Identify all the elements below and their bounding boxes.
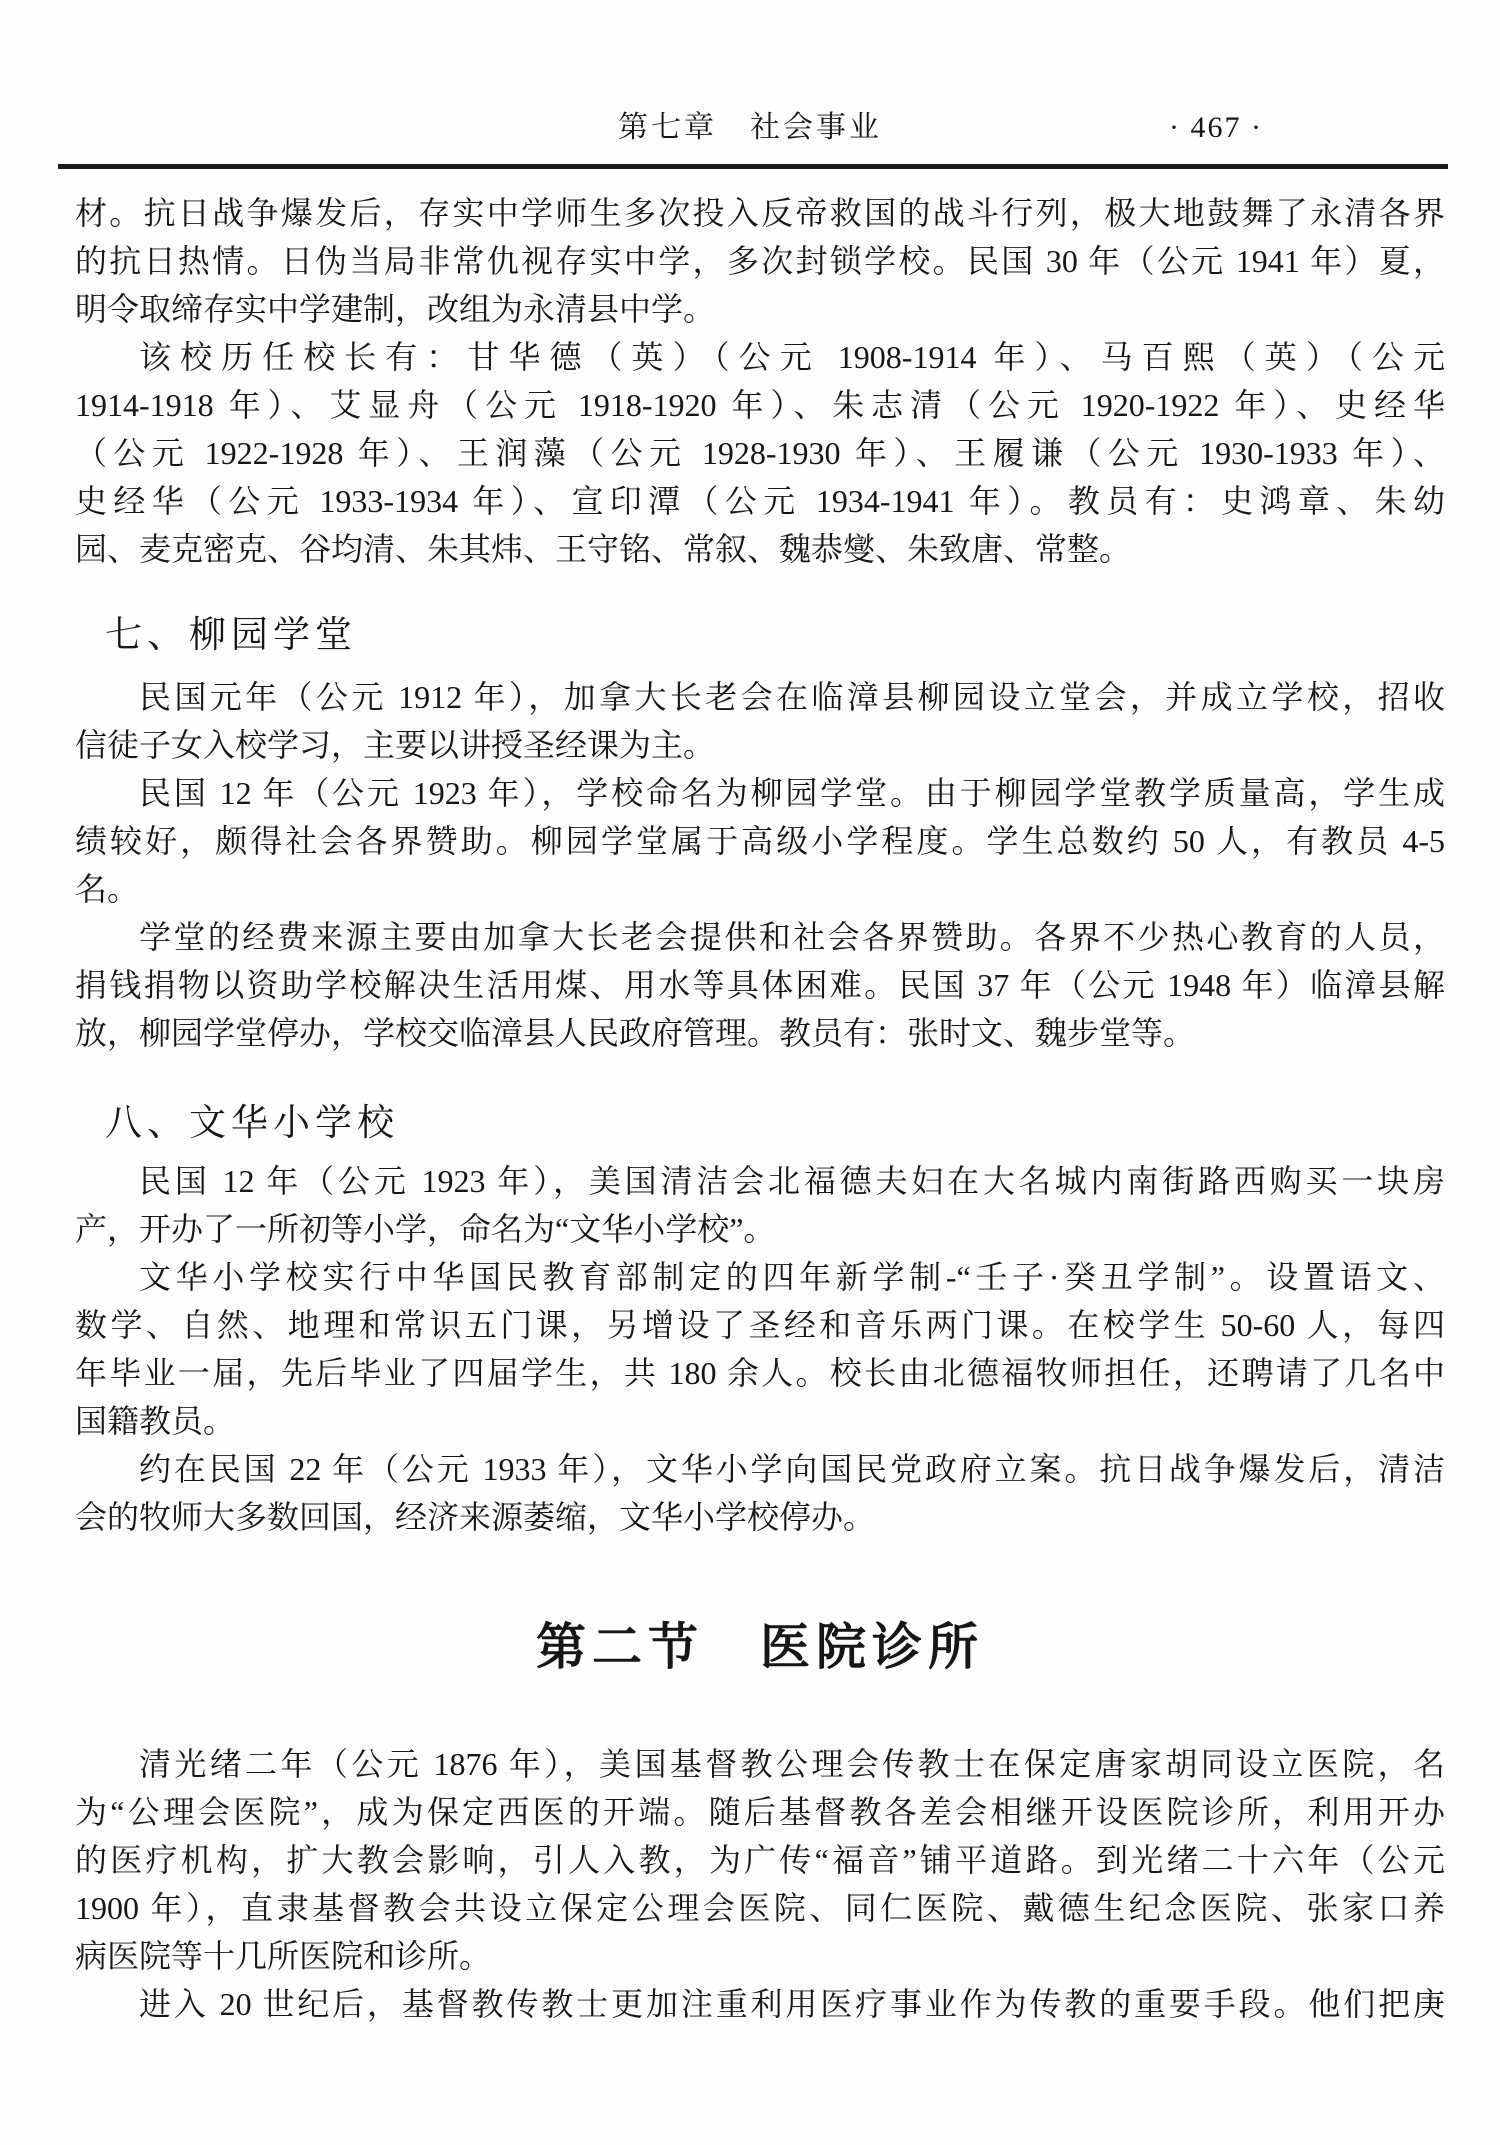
- heading-wenhua-school: 八、文华小学校: [75, 1100, 1445, 1148]
- paragraph: 学堂的经费来源主要由加拿大长老会提供和社会各界赞助。各界不少热心教育的人员， 捐…: [75, 913, 1445, 1057]
- text-line: 学堂的经费来源主要由加拿大长老会提供和社会各界赞助。各界不少热心教育的人员，: [75, 913, 1445, 961]
- text-line: 国籍教员。: [75, 1397, 1445, 1445]
- paragraph: 民国 12 年（公元 1923 年），美国清洁会北福德夫妇在大名城内南街路西购买…: [75, 1157, 1445, 1253]
- header-rule: [58, 164, 1448, 169]
- text-line: 会的牧师大多数回国，经济来源萎缩，文华小学校停办。: [75, 1493, 1445, 1541]
- text-line: 名。: [75, 865, 1445, 913]
- text-line: 为“公理会医院”，成为保定西医的开端。随后基督教各差会相继开设医院诊所，利用开办: [75, 1788, 1445, 1836]
- paragraph: 该校历任校长有：甘华德（英）（公元 1908-1914 年）、马百熙（英）（公元…: [75, 333, 1445, 573]
- text-line: 该校历任校长有：甘华德（英）（公元 1908-1914 年）、马百熙（英）（公元: [75, 333, 1445, 381]
- text-line: 放，柳园学堂停办，学校交临漳县人民政府管理。教员有：张时文、魏步堂等。: [75, 1009, 1445, 1057]
- text-line: 明令取缔存实中学建制，改组为永清县中学。: [75, 285, 1445, 333]
- paragraph: 约在民国 22 年（公元 1933 年），文华小学向国民党政府立案。抗日战争爆发…: [75, 1445, 1445, 1541]
- text-line: 的医疗机构，扩大教会影响，引人入教，为广传“福音”铺平道路。到光绪二十六年（公元: [75, 1836, 1445, 1884]
- text-line: 的抗日热情。日伪当局非常仇视存实中学，多次封锁学校。民国 30 年（公元 194…: [75, 237, 1445, 285]
- text-line: 产，开办了一所初等小学，命名为“文华小学校”。: [75, 1205, 1445, 1253]
- paragraph: 民国 12 年（公元 1923 年），学校命名为柳园学堂。由于柳园学堂教学质量高…: [75, 769, 1445, 913]
- text-line: （公元 1922-1928 年）、王润藻（公元 1928-1930 年）、王履谦…: [75, 429, 1445, 477]
- heading-liuyuan-school: 七、柳园学堂: [75, 612, 1445, 660]
- text-line: 园、麦克密克、谷均清、朱其炜、王守铭、常叙、魏恭燮、朱致唐、常整。: [75, 525, 1445, 573]
- chapter-title: 第七章 社会事业: [0, 106, 1500, 150]
- book-page: 第七章 社会事业 · 467 · 材。抗日战争爆发后，存实中学师生多次投入反帝救…: [0, 0, 1500, 2145]
- section-title-hospitals: 第二节 医院诊所: [75, 1620, 1445, 1674]
- text-line: 民国 12 年（公元 1923 年），学校命名为柳园学堂。由于柳园学堂教学质量高…: [75, 769, 1445, 817]
- paragraph: 民国元年（公元 1912 年），加拿大长老会在临漳县柳园设立堂会，并成立学校，招…: [75, 673, 1445, 769]
- paragraph: 材。抗日战争爆发后，存实中学师生多次投入反帝救国的战斗行列，极大地鼓舞了永清各界…: [75, 189, 1445, 333]
- text-line: 约在民国 22 年（公元 1933 年），文华小学向国民党政府立案。抗日战争爆发…: [75, 1445, 1445, 1493]
- text-line: 信徒子女入校学习，主要以讲授圣经课为主。: [75, 721, 1445, 769]
- page-content: 材。抗日战争爆发后，存实中学师生多次投入反帝救国的战斗行列，极大地鼓舞了永清各界…: [0, 189, 1500, 2028]
- text-line: 民国 12 年（公元 1923 年），美国清洁会北福德夫妇在大名城内南街路西购买…: [75, 1157, 1445, 1205]
- text-line: 进入 20 世纪后，基督教传教士更加注重利用医疗事业作为传教的重要手段。他们把庚: [75, 1980, 1445, 2028]
- text-line: 清光绪二年（公元 1876 年），美国基督教公理会传教士在保定唐家胡同设立医院，…: [75, 1740, 1445, 1788]
- paragraph: 清光绪二年（公元 1876 年），美国基督教公理会传教士在保定唐家胡同设立医院，…: [75, 1740, 1445, 1980]
- text-line: 绩较好，颇得社会各界赞助。柳园学堂属于高级小学程度。学生总数约 50 人，有教员…: [75, 817, 1445, 865]
- text-line: 数学、自然、地理和常识五门课，另增设了圣经和音乐两门课。在校学生 50-60 人…: [75, 1301, 1445, 1349]
- paragraph: 进入 20 世纪后，基督教传教士更加注重利用医疗事业作为传教的重要手段。他们把庚: [75, 1980, 1445, 2028]
- text-line: 材。抗日战争爆发后，存实中学师生多次投入反帝救国的战斗行列，极大地鼓舞了永清各界: [75, 189, 1445, 237]
- text-line: 病医院等十几所医院和诊所。: [75, 1932, 1445, 1980]
- text-line: 文华小学校实行中华国民教育部制定的四年新学制-“壬子·癸丑学制”。设置语文、: [75, 1253, 1445, 1301]
- text-line: 史经华（公元 1933-1934 年）、宣印潭（公元 1934-1941 年）。…: [75, 477, 1445, 525]
- page-header: 第七章 社会事业 · 467 ·: [0, 0, 1500, 150]
- text-line: 年毕业一届，先后毕业了四届学生，共 180 余人。校长由北德福牧师担任，还聘请了…: [75, 1349, 1445, 1397]
- paragraph: 文华小学校实行中华国民教育部制定的四年新学制-“壬子·癸丑学制”。设置语文、 数…: [75, 1253, 1445, 1445]
- page-number: · 467 ·: [1169, 106, 1263, 150]
- text-line: 民国元年（公元 1912 年），加拿大长老会在临漳县柳园设立堂会，并成立学校，招…: [75, 673, 1445, 721]
- text-line: 捐钱捐物以资助学校解决生活用煤、用水等具体困难。民国 37 年（公元 1948 …: [75, 961, 1445, 1009]
- text-line: 1914-1918 年）、艾显舟（公元 1918-1920 年）、朱志清（公元 …: [75, 381, 1445, 429]
- text-line: 1900 年），直隶基督教会共设立保定公理会医院、同仁医院、戴德生纪念医院、张家…: [75, 1884, 1445, 1932]
